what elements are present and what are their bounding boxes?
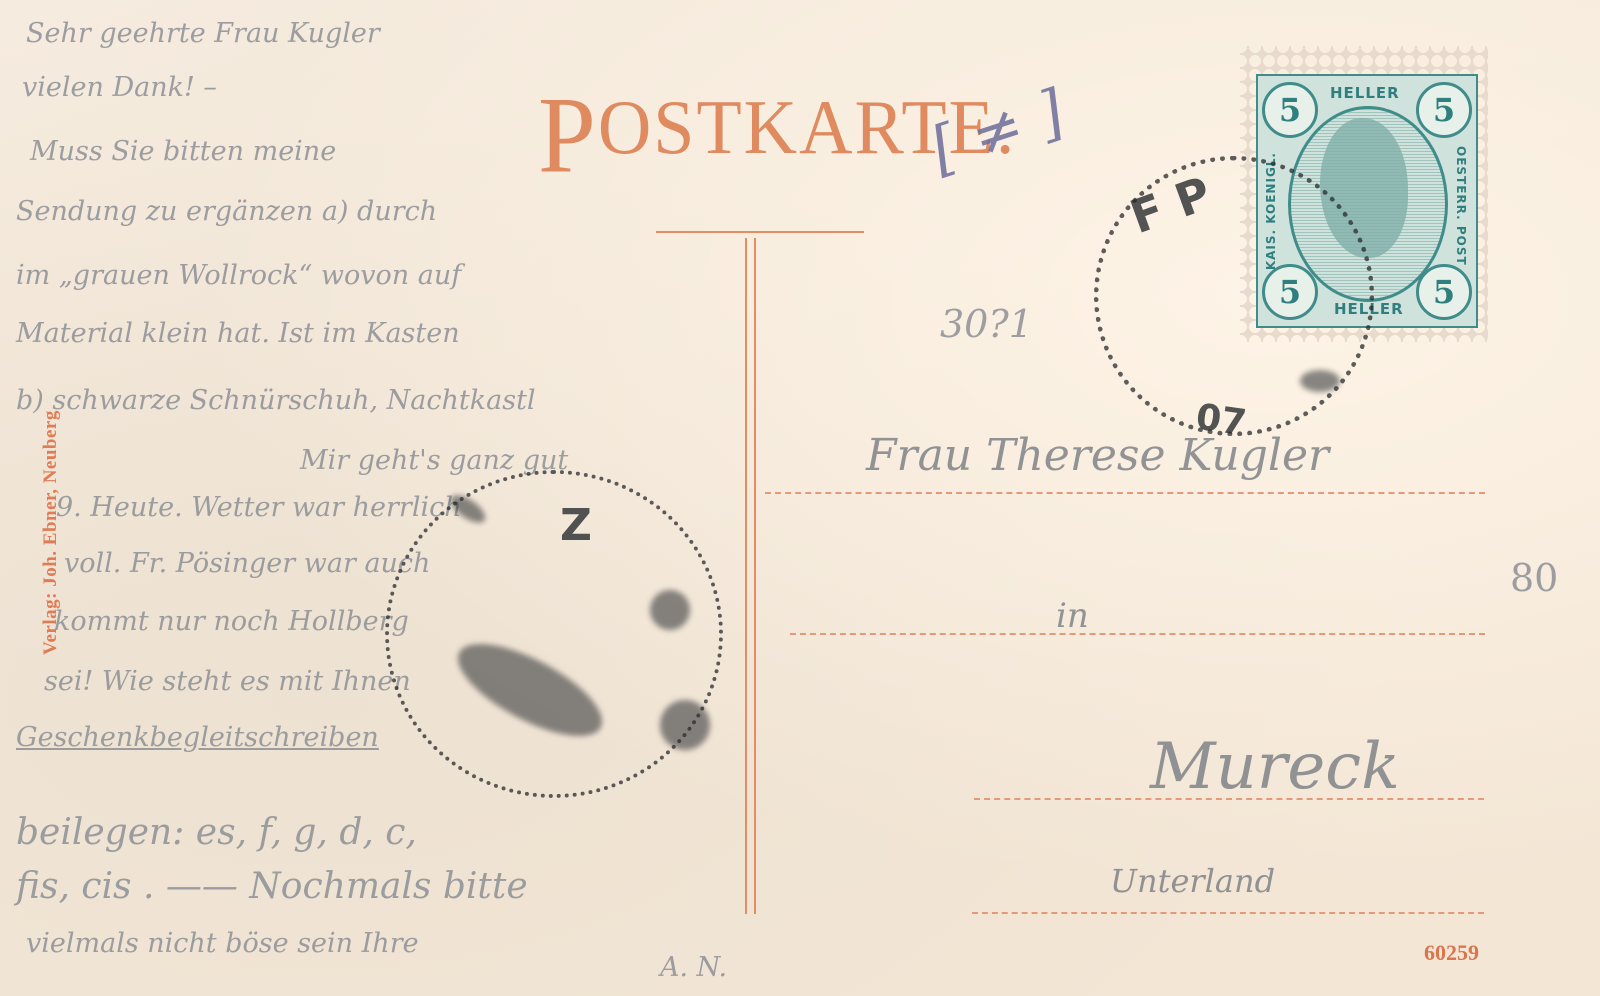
message-line: beilegen: es, f, g, d, c, xyxy=(16,812,417,853)
pencil-note: 30?1 xyxy=(940,302,1033,346)
message-line: vielmals nicht böse sein Ihre xyxy=(26,928,419,959)
title-initial: P xyxy=(538,75,598,196)
message-line: Muss Sie bitten meine xyxy=(30,136,336,167)
postcard: POSTKARTE. Verlag: Joh. Ebner, Neuberg 6… xyxy=(0,0,1600,996)
message-line: kommt nur noch Hollberg xyxy=(54,606,409,637)
postmark-message-cancel xyxy=(385,470,723,798)
address-line-4 xyxy=(972,912,1484,914)
divider-vertical-right xyxy=(754,238,756,914)
message-line: sei! Wie steht es mit Ihnen xyxy=(44,666,411,697)
stamp-value: 5 xyxy=(1416,264,1472,320)
stamp-label-right: OESTERR. POST xyxy=(1454,146,1468,266)
message-line: Sehr geehrte Frau Kugler xyxy=(26,18,380,49)
address-recipient: Frau Therese Kugler xyxy=(866,430,1329,481)
postmark-message-letters: Z xyxy=(560,500,592,551)
message-line: im „grauen Wollrock“ wovon auf xyxy=(16,260,461,291)
message-line: voll. Fr. Pösinger war auch xyxy=(64,548,430,579)
message-line: b) schwarze Schnürschuh, Nachtkastl xyxy=(16,385,536,416)
address-line-2 xyxy=(790,633,1485,635)
message-line: Sendung zu ergänzen a) durch xyxy=(16,196,437,227)
message-line: Geschenkbegleitschreiben xyxy=(16,722,379,753)
ink-smudge xyxy=(1300,370,1340,392)
message-line: vielen Dank! – xyxy=(22,72,217,103)
stamp-value: 5 xyxy=(1262,82,1318,138)
divider-vertical-left xyxy=(745,238,747,914)
signature: A. N. xyxy=(660,952,727,983)
postmark-stamp-year: 07 xyxy=(1193,397,1248,445)
ink-smudge xyxy=(660,700,710,750)
card-number: 60259 xyxy=(1424,940,1479,966)
stamp-label-top: HELLER xyxy=(1330,84,1400,102)
divider-horizontal xyxy=(656,231,864,233)
pencil-note: 80 xyxy=(1510,556,1558,600)
address-preposition: in xyxy=(1056,596,1089,636)
ink-smudge xyxy=(650,590,690,630)
address-line-1 xyxy=(765,492,1485,494)
message-line: Material klein hat. Ist im Kasten xyxy=(16,318,460,349)
address-region: Unterland xyxy=(1110,862,1275,900)
address-town: Mureck xyxy=(1150,730,1400,804)
stamp-value: 5 xyxy=(1416,82,1472,138)
message-line: 9. Heute. Wetter war herrlich xyxy=(56,492,462,523)
message-line: fis, cis . —— Nochmals bitte xyxy=(16,866,528,907)
